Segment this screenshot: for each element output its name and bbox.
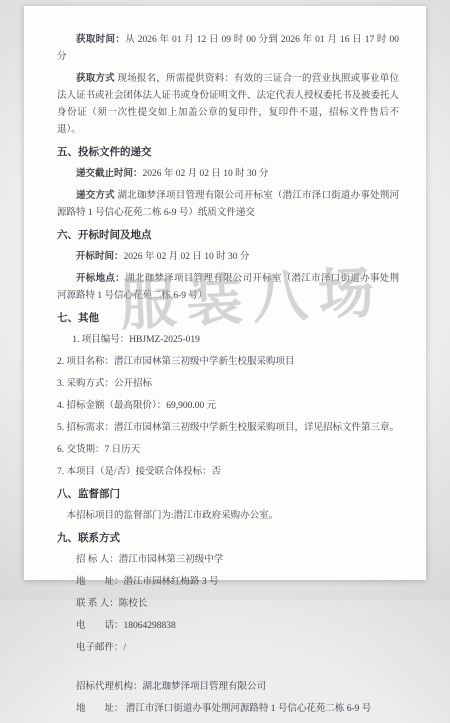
- acquire-time-line: 获取时间：从 2026 年 01 月 12 日 09 时 00 分到 2026 …: [57, 32, 399, 66]
- submit-method-line: 递交方式 湖北珈梦泽项目管理有限公司开标室（潜江市泽口街道办事处荆河源路特 1 …: [57, 188, 399, 222]
- other-item-project-number: 1. 项目编号：HBJMZ-2025-019: [57, 332, 399, 349]
- other-item-bid-requirement: 5. 招标需求：潜江市园林第三初级中学新生校服采购项目，详见招标文件第三章。: [57, 420, 399, 437]
- open-time-value: 2026 年 02 月 02 日 10 时 30 分: [124, 252, 250, 262]
- section-5-heading: 五、投标文件的递交: [57, 144, 399, 161]
- submit-deadline-line: 递交截止时间：2026 年 02 月 02 日 10 时 30 分: [57, 166, 399, 183]
- section-9-heading: 九、联系方式: [57, 530, 399, 547]
- document-body: 获取时间：从 2026 年 01 月 12 日 09 时 00 分到 2026 …: [57, 32, 399, 600]
- submit-method-label: 递交方式: [76, 191, 115, 201]
- acquire-time-label: 获取时间：: [76, 35, 125, 45]
- other-item-procurement-method: 3. 采购方式：公开招标: [57, 376, 399, 393]
- open-time-label: 开标时间：: [76, 252, 124, 262]
- other-item-project-name: 2. 项目名称：潜江市园林第三初级中学新生校服采购项目: [57, 354, 399, 371]
- other-item-delivery-period: 6. 交货期：7 日历天: [57, 442, 399, 459]
- other-item-consortium: 7. 本项目（是/否）接受联合体投标：否: [57, 464, 399, 481]
- acquire-method-line: 获取方式 现场报名，所需提供资料：有效的三证合一的营业执照或事业单位法人证书或社…: [57, 71, 399, 139]
- submit-deadline-value: 2026 年 02 月 02 日 10 时 30 分: [143, 169, 269, 179]
- section-6-heading: 六、开标时间及地点: [57, 227, 399, 244]
- acquire-method-label: 获取方式: [76, 74, 115, 84]
- supervisor-line: 本招标项目的监督部门为:潜江市政府采购办公室。: [57, 508, 399, 525]
- submit-deadline-label: 递交截止时间：: [76, 169, 143, 179]
- section-7-heading: 七、其他: [57, 310, 399, 327]
- open-place-label: 开标地点：: [76, 274, 125, 284]
- contact-person-line: 联 系 人：陈校长: [57, 596, 399, 600]
- contact-bidder-line: 招 标 人：潜江市园林第三初级中学: [57, 552, 399, 569]
- section-8-heading: 八、监督部门: [57, 486, 399, 503]
- open-place-line: 开标地点：湖北珈梦泽项目管理有限公司开标室（潜江市泽口街道办事处荆河源路特 1 …: [57, 271, 399, 305]
- scanned-document-page: 获取时间：从 2026 年 01 月 12 日 09 时 00 分到 2026 …: [24, 6, 426, 580]
- open-time-line: 开标时间：2026 年 02 月 02 日 10 时 30 分: [57, 249, 399, 266]
- contact-address-line: 地 址：潜江市园林红梅路 3 号: [57, 574, 399, 591]
- other-item-bid-amount: 4. 招标金额（最高限价）：69,900.00 元: [57, 398, 399, 415]
